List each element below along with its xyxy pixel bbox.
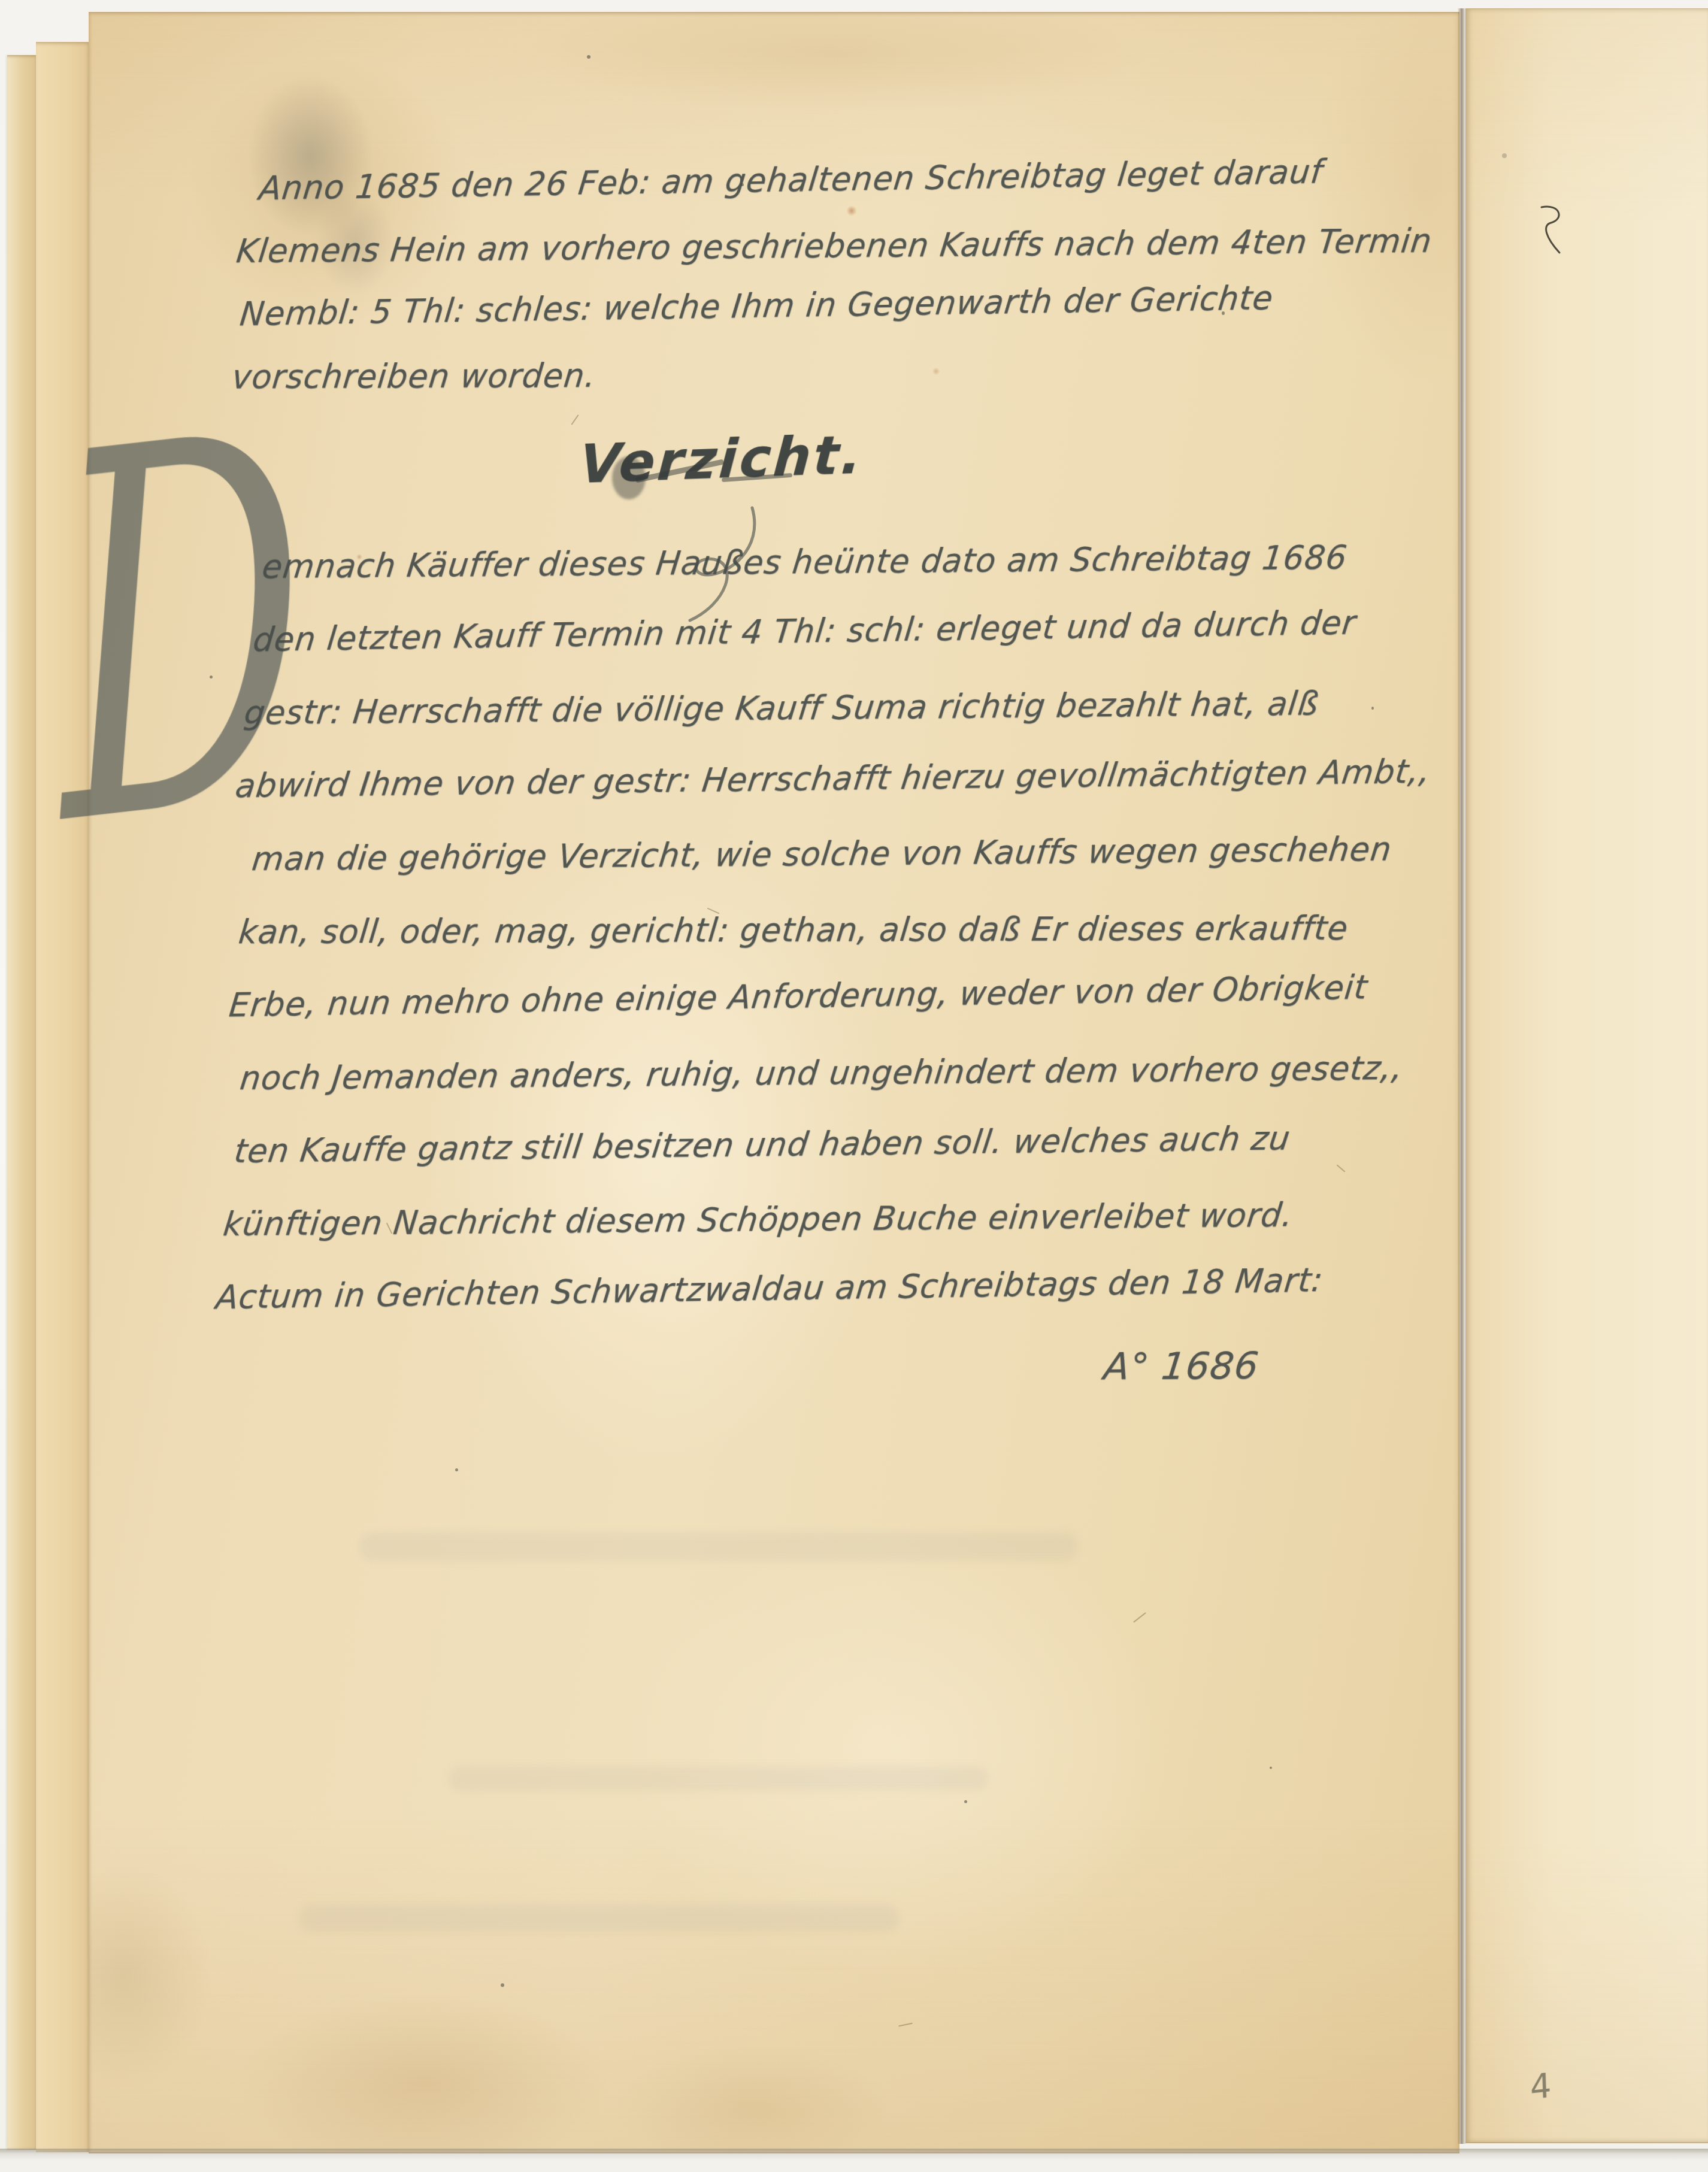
manuscript-line: künftigen Nachricht diesem Schöppen Buch… — [222, 1199, 1295, 1241]
scanbed-shadow — [0, 2149, 1708, 2161]
manuscript-line: kan, soll, oder, mag, gerichtl: gethan, … — [237, 913, 1350, 949]
paper-speck — [210, 675, 213, 678]
manuscript-line: gestr: Herrschafft die völlige Kauff Sum… — [243, 687, 1321, 729]
manuscript-line: noch Jemanden anders, ruhig, und ungehin… — [238, 1052, 1405, 1095]
paper-speck — [1371, 707, 1374, 710]
right-leaf-edge — [1465, 8, 1708, 2143]
page-number: 4 — [1530, 2070, 1552, 2106]
showthrough-streak — [299, 1904, 898, 1932]
paper-speck — [1270, 1767, 1272, 1769]
ink-squiggle — [1534, 204, 1576, 263]
scanner-background: Anno 1685 den 26 Feb: am gehaltenen Schr… — [0, 0, 1708, 2172]
paper-speck — [741, 183, 744, 186]
manuscript-line: emnach Käuffer dieses Haußes heünte dato… — [261, 541, 1349, 583]
paper-speck — [1502, 153, 1507, 158]
paper-speck — [455, 1468, 458, 1471]
showthrough-streak — [359, 1533, 1078, 1561]
paper-speck — [501, 1983, 504, 1987]
dateline: A° 1686 — [1102, 1347, 1261, 1386]
paper-speck — [587, 55, 590, 59]
showthrough-streak — [449, 1767, 988, 1791]
ink-blot — [612, 456, 646, 499]
underleaf-edge-outer — [7, 55, 38, 2150]
paper-speck — [964, 1800, 967, 1803]
paper-speck — [1222, 311, 1225, 315]
manuscript-line: man die gehörige Verzicht, wie solche vo… — [250, 833, 1394, 876]
